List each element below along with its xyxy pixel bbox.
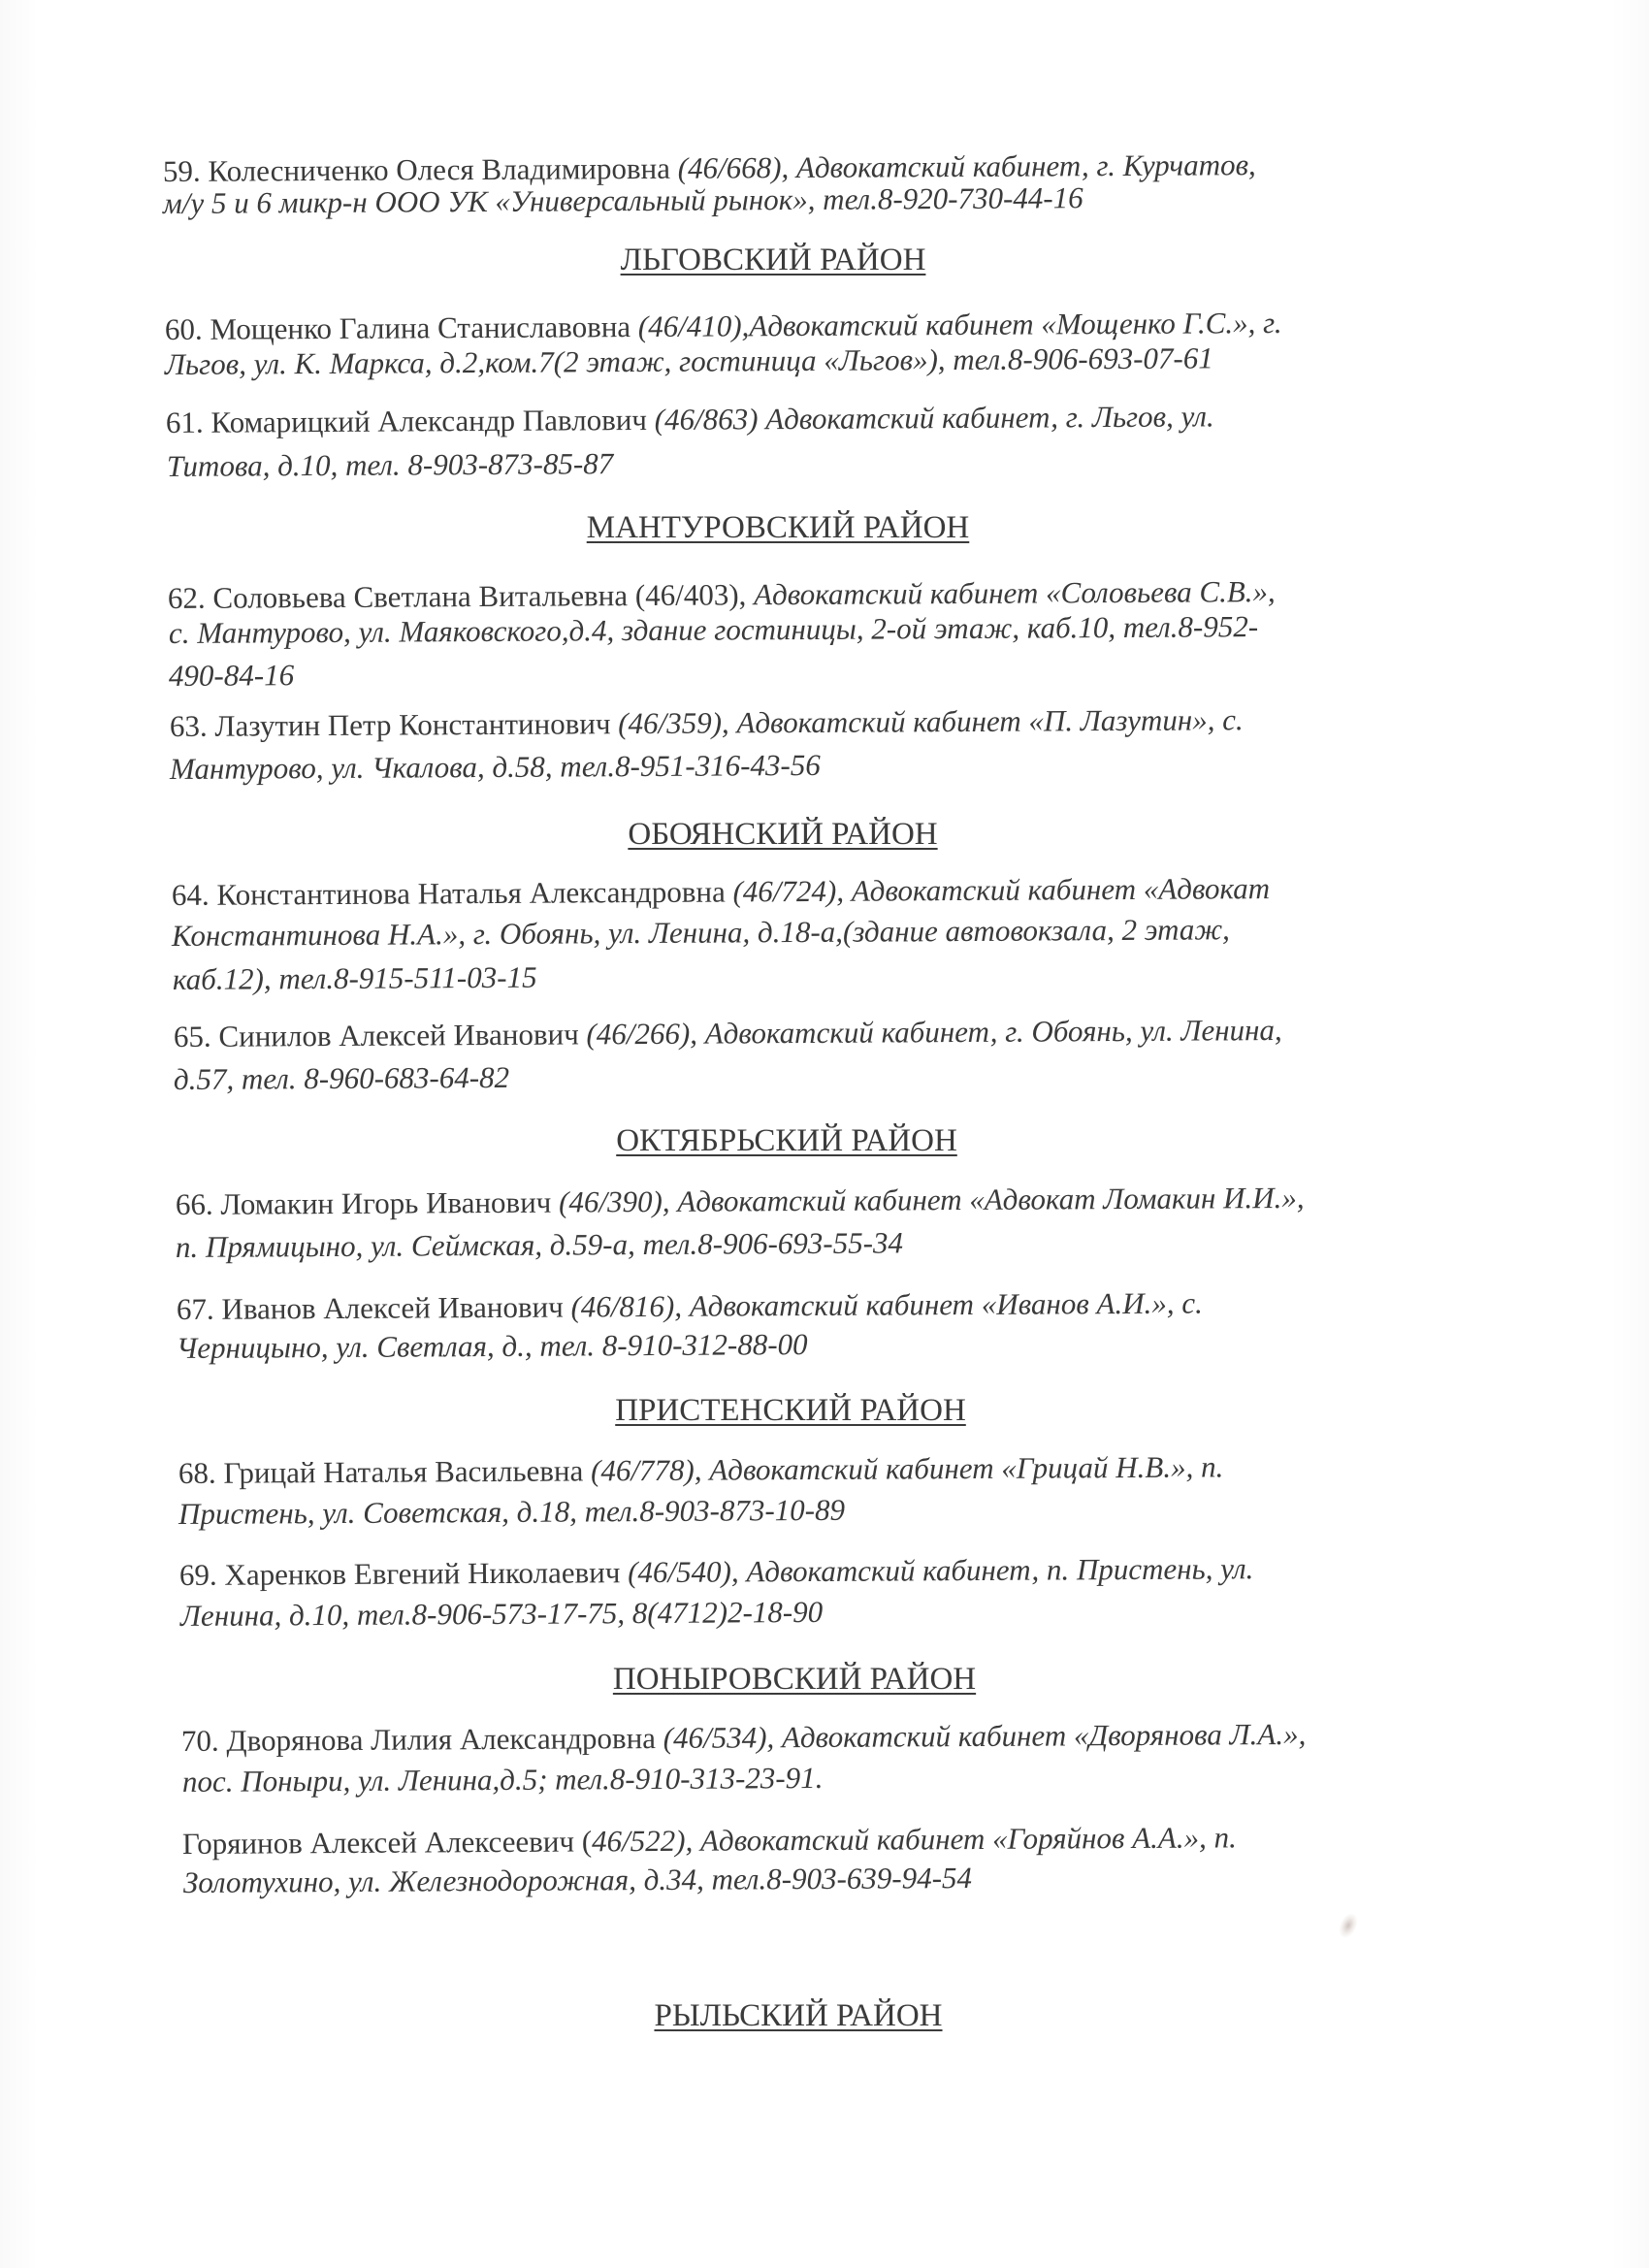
- entry-upright-text: 65. Синилов Алексей Иванович: [173, 1017, 586, 1053]
- entry-italic-details: м/у 5 и 6 микр-н ООО УК «Универсальный р…: [163, 180, 1083, 220]
- entry-italic-details: Мантурово, ул. Чкалова, д.58, тел.8-951-…: [170, 748, 821, 786]
- entry-italic-details: Золотухино, ул. Железнодорожная, д.34, т…: [183, 1861, 972, 1899]
- entry-italic-details: Адвокатский кабинет «Соловьева С.В.»,: [754, 574, 1276, 611]
- entry-italic-details: (46/266), Адвокатский кабинет, г. Обоянь…: [586, 1013, 1281, 1051]
- entry-upright-text: 61. Комарицкий Александр Павлович: [166, 403, 655, 439]
- attorney-entry-line: 67. Иванов Алексей Иванович (46/816), Ад…: [177, 1284, 1203, 1329]
- entry-italic-details: (46/390), Адвокатский кабинет «Адвокат Л…: [559, 1181, 1305, 1219]
- entry-upright-text: 60. Мощенко Галина Станиславовна: [165, 309, 638, 346]
- entry-italic-details: (46/863) Адвокатский кабинет, г. Льгов, …: [655, 399, 1214, 437]
- attorney-entry-line: 490-84-16: [169, 656, 294, 696]
- entry-upright-text: 70. Дворянова Лилия Александровна: [181, 1721, 663, 1758]
- attorney-entry-line: пос. Поныри, ул. Ленина,д.5; тел.8-910-3…: [182, 1759, 824, 1801]
- entry-italic-details: 490-84-16: [169, 658, 294, 693]
- attorney-entry-line: Титова, д.10, тел. 8-903-873-85-87: [167, 444, 613, 486]
- entry-italic-details: 46/522), Адвокатский кабинет «Горяйнов А…: [592, 1820, 1237, 1858]
- attorney-entry-line: Мантурово, ул. Чкалова, д.58, тел.8-951-…: [170, 746, 821, 789]
- attorney-entry-line: Константинова Н.А.», г. Обоянь, ул. Лени…: [172, 910, 1230, 956]
- attorney-entry-line: м/у 5 и 6 микр-н ООО УК «Универсальный р…: [163, 178, 1083, 223]
- entry-upright-text: 69. Харенков Евгений Николаевич: [179, 1555, 628, 1592]
- entry-italic-details: Льгов, ул. К. Маркса, д.2,ком.7(2 этаж, …: [165, 340, 1213, 381]
- entry-italic-details: Пристень, ул. Советская, д.18, тел.8-903…: [178, 1493, 845, 1531]
- attorney-entry-line: 63. Лазутин Петр Константинович (46/359)…: [170, 700, 1244, 746]
- entry-upright-text: 68. Грицай Наталья Васильевна: [178, 1453, 591, 1490]
- district-heading: ОКТЯБРЬСКИЙ РАЙОН: [616, 1121, 957, 1160]
- entry-italic-details: д.57, тел. 8-960-683-64-82: [174, 1060, 509, 1096]
- district-heading: ПОНЫРОВСКИЙ РАЙОН: [613, 1660, 976, 1699]
- entry-upright-text: 66. Ломакин Игорь Иванович: [176, 1185, 559, 1221]
- entry-upright-text: 64. Константинова Наталья Александровна: [172, 874, 733, 912]
- entry-italic-details: (46/534), Адвокатский кабинет «Дворянова…: [663, 1717, 1307, 1755]
- entry-upright-text: 67. Иванов Алексей Иванович: [177, 1290, 571, 1326]
- attorney-entry-line: Золотухино, ул. Железнодорожная, д.34, т…: [183, 1859, 972, 1902]
- entry-italic-details: каб.12), тел.8-915-511-03-15: [173, 960, 537, 996]
- attorney-entry-line: Льгов, ул. К. Маркса, д.2,ком.7(2 этаж, …: [165, 339, 1213, 384]
- district-heading: ПРИСТЕНСКИЙ РАЙОН: [615, 1391, 966, 1430]
- district-heading: ОБОЯНСКИЙ РАЙОН: [628, 815, 937, 854]
- attorney-entry-line: п. Прямицыно, ул. Сеймская, д.59-а, тел.…: [176, 1223, 903, 1267]
- attorney-entry-line: с. Мантурово, ул. Маяковского,д.4, здани…: [169, 607, 1258, 653]
- entry-italic-details: Ленина, д.10, тел.8-906-573-17-75, 8(471…: [180, 1595, 823, 1633]
- entry-italic-details: Константинова Н.А.», г. Обоянь, ул. Лени…: [172, 912, 1230, 953]
- attorney-entry-line: 68. Грицай Наталья Васильевна (46/778), …: [178, 1447, 1224, 1493]
- entry-italic-details: (46/816), Адвокатский кабинет «Иванов А.…: [570, 1286, 1202, 1324]
- entry-italic-details: (46/724), Адвокатский кабинет «Адвокат: [732, 871, 1270, 908]
- district-heading: ЛЬГОВСКИЙ РАЙОН: [621, 241, 926, 279]
- attorney-entry-line: д.57, тел. 8-960-683-64-82: [174, 1058, 509, 1099]
- entry-italic-details: Титова, д.10, тел. 8-903-873-85-87: [167, 446, 613, 483]
- entry-italic-details: пос. Поныри, ул. Ленина,д.5; тел.8-910-3…: [182, 1761, 824, 1798]
- attorney-entry-line: 70. Дворянова Лилия Александровна (46/53…: [181, 1715, 1307, 1761]
- attorney-entry-line: 66. Ломакин Игорь Иванович (46/390), Адв…: [176, 1179, 1305, 1224]
- entry-italic-details: п. Прямицыно, ул. Сеймская, д.59-а, тел.…: [176, 1225, 903, 1264]
- attorney-entry-line: 61. Комарицкий Александр Павлович (46/86…: [166, 397, 1214, 442]
- attorney-entry-line: Пристень, ул. Советская, д.18, тел.8-903…: [178, 1491, 845, 1534]
- entry-italic-details: Черницыно, ул. Светлая, д., тел. 8-910-3…: [177, 1327, 808, 1365]
- attorney-entry-line: каб.12), тел.8-915-511-03-15: [173, 958, 537, 999]
- entry-upright-text: Горяинов Алексей Алексеевич (: [182, 1824, 592, 1861]
- entry-upright-text: 63. Лазутин Петр Константинович: [170, 706, 618, 743]
- entry-upright-text: 62. Соловьева Светлана Витальевна (46/40…: [168, 577, 754, 615]
- attorney-entry-line: 65. Синилов Алексей Иванович (46/266), А…: [173, 1011, 1281, 1056]
- attorney-entry-line: Ленина, д.10, тел.8-906-573-17-75, 8(471…: [180, 1593, 823, 1636]
- entry-italic-details: (46/540), Адвокатский кабинет, п. Присте…: [628, 1551, 1253, 1589]
- attorney-entry-line: 69. Харенков Евгений Николаевич (46/540)…: [179, 1549, 1254, 1595]
- entry-italic-details: с. Мантурово, ул. Маяковского,д.4, здани…: [169, 609, 1258, 650]
- scan-speck: [1336, 1911, 1360, 1940]
- district-heading: МАНТУРОВСКИЙ РАЙОН: [587, 508, 970, 547]
- attorney-entry-line: 64. Константинова Наталья Александровна …: [172, 869, 1270, 915]
- entry-italic-details: (46/410),Адвокатский кабинет «Мощенко Г.…: [638, 306, 1282, 343]
- attorney-entry-line: Черницыно, ул. Светлая, д., тел. 8-910-3…: [177, 1325, 808, 1368]
- attorney-entry-line: Горяинов Алексей Алексеевич (46/522), Ад…: [182, 1818, 1237, 1863]
- entry-italic-details: (46/359), Адвокатский кабинет «П. Лазути…: [618, 702, 1244, 740]
- entry-italic-details: (46/778), Адвокатский кабинет «Грицай Н.…: [591, 1449, 1223, 1487]
- district-heading: РЫЛЬСКИЙ РАЙОН: [654, 1996, 942, 2035]
